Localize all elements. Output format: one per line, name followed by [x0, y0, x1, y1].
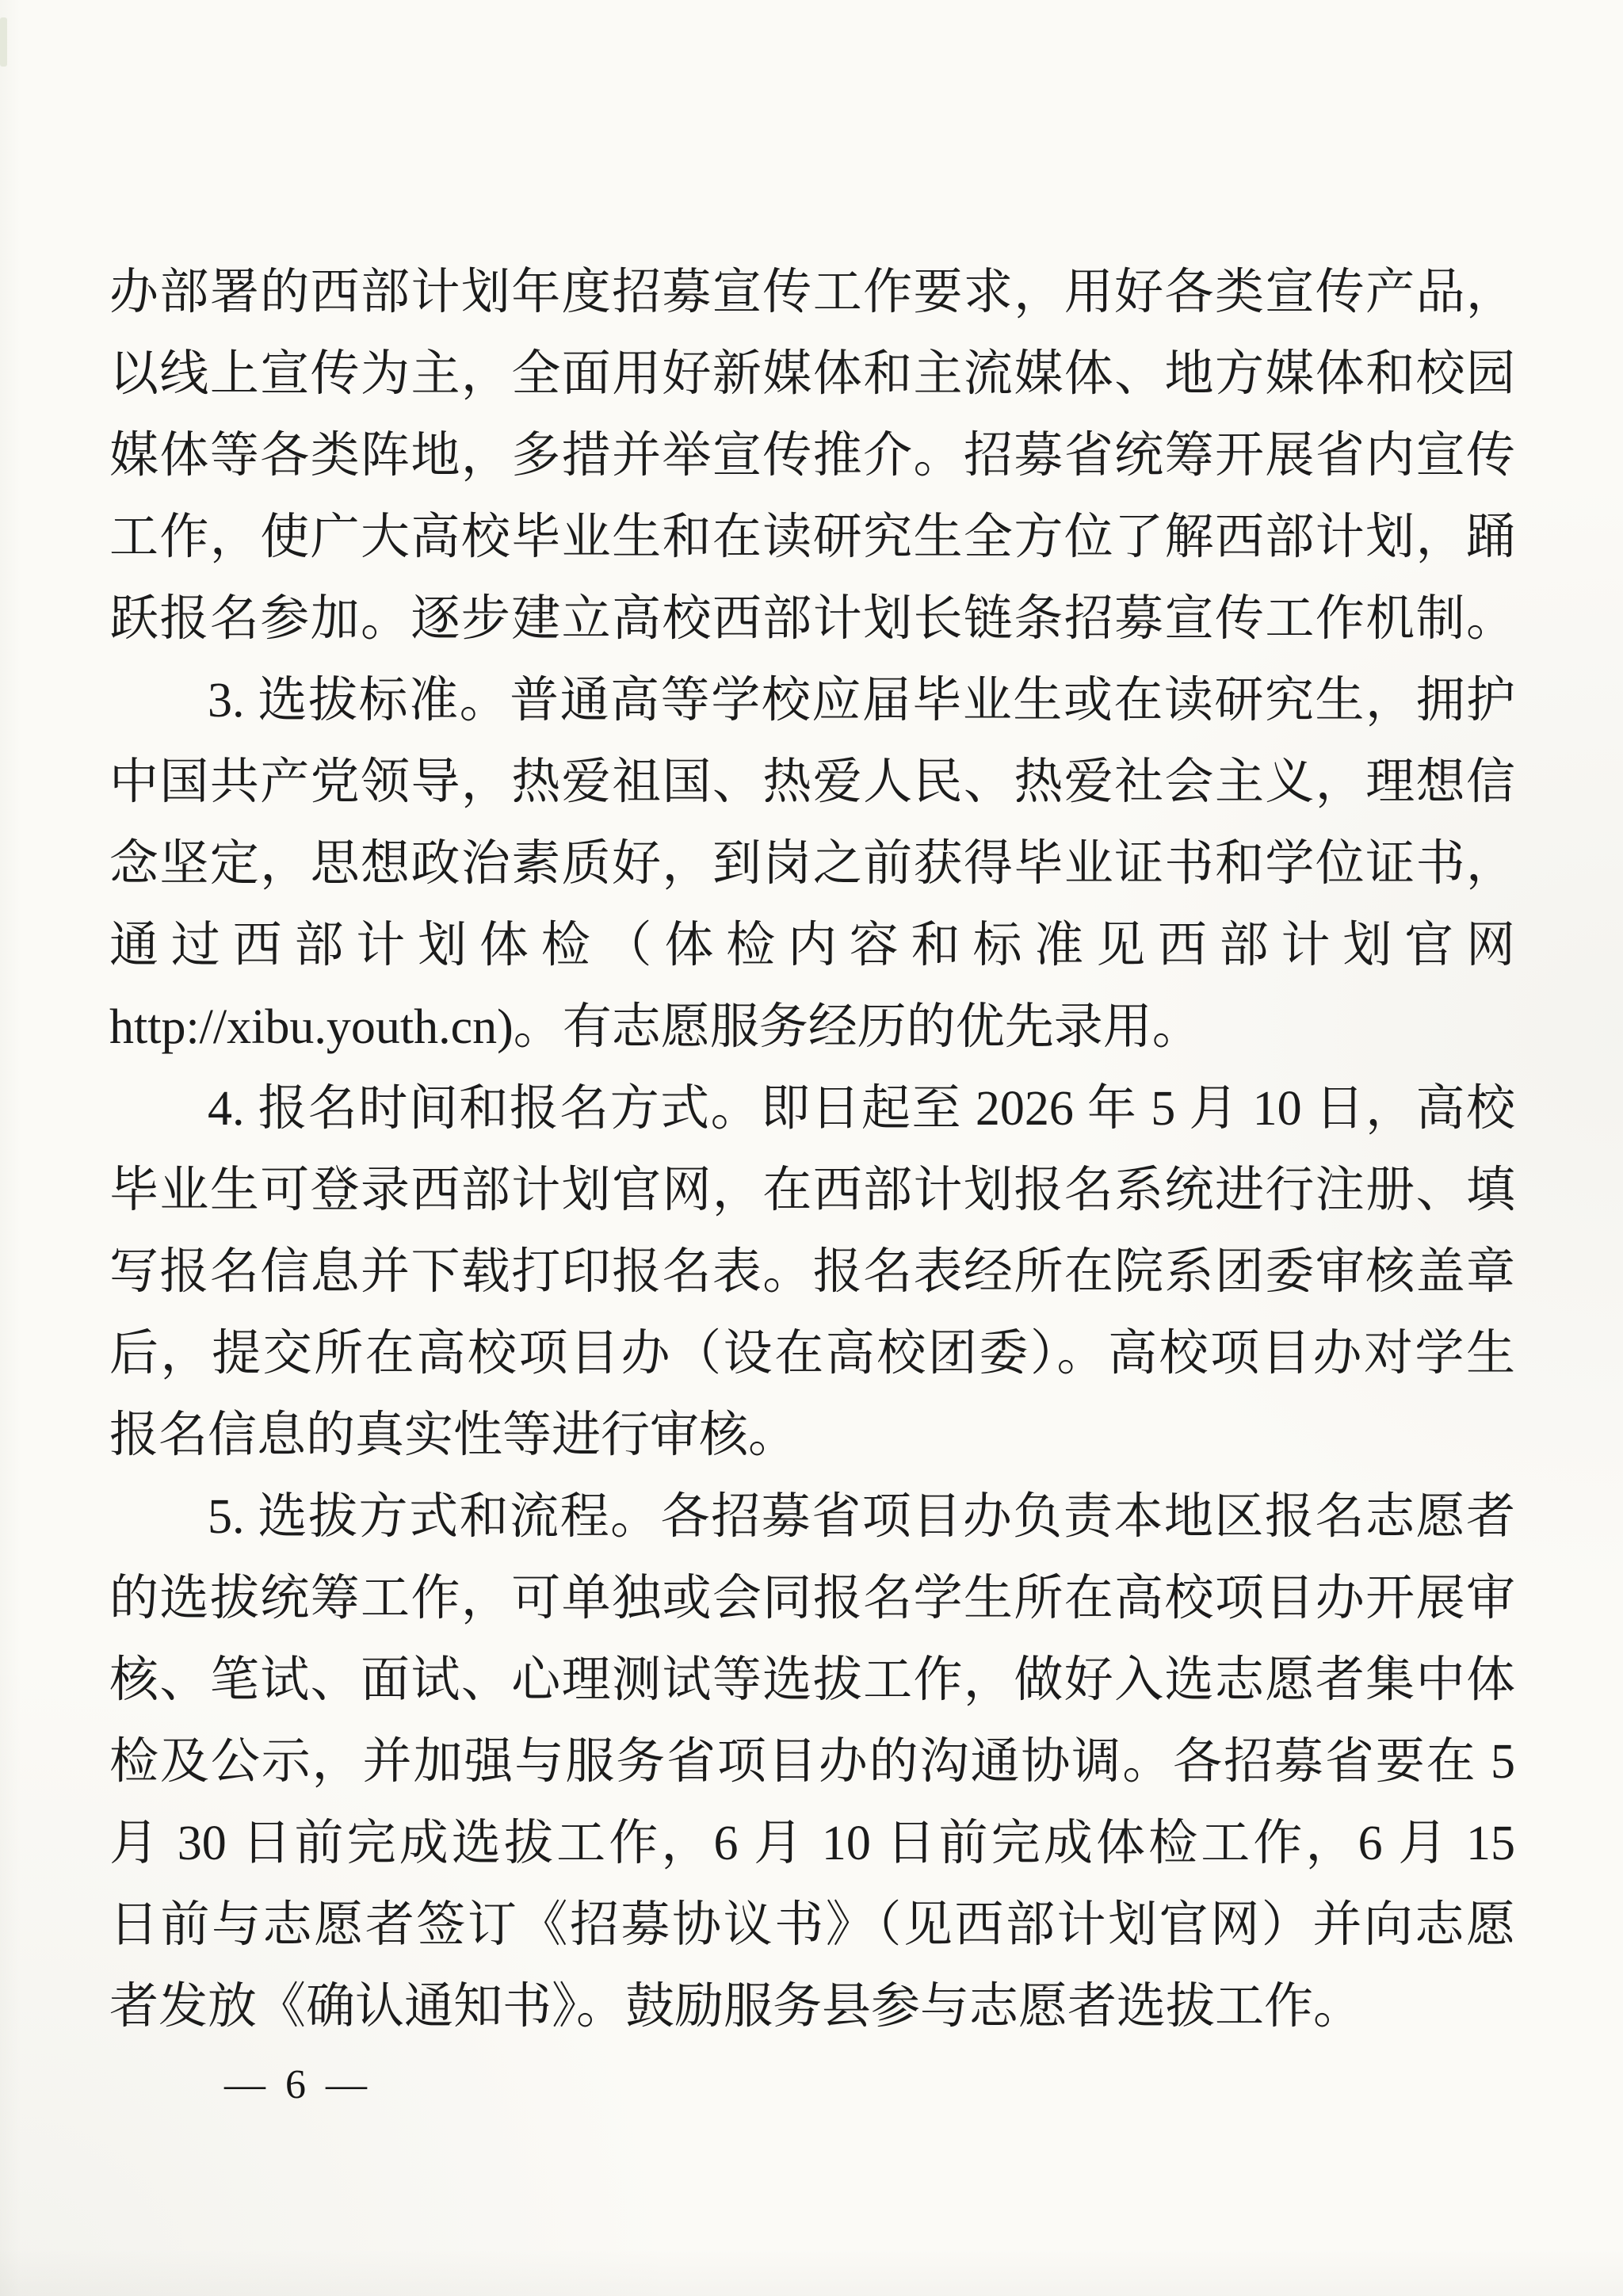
text-line: http://xibu.youth.cn)。有志愿服务经历的优先录用。	[109, 987, 1515, 1068]
text-line: 月 30 日前完成选拔工作，6 月 10 日前完成体检工作，6 月 15	[109, 1803, 1515, 1885]
text-line: 3. 选拔标准。普通高等学校应届毕业生或在读研究生，拥护	[109, 660, 1515, 742]
text-line: 后，提交所在高校项目办（设在高校团委）。高校项目办对学生	[109, 1313, 1515, 1395]
text-line: 的选拔统筹工作，可单独或会同报名学生所在高校项目办开展审	[109, 1558, 1515, 1640]
text-line: 念坚定，思想政治素质好，到岗之前获得毕业证书和学位证书，	[109, 823, 1515, 905]
text-line: 日前与志愿者签订《招募协议书》（见西部计划官网）并向志愿	[109, 1885, 1515, 1966]
text-line: 媒体等各类阵地，多措并举宣传推介。招募省统筹开展省内宣传	[109, 415, 1515, 497]
text-line: 4. 报名时间和报名方式。即日起至 2026 年 5 月 10 日，高校	[109, 1068, 1515, 1150]
text-line: 写报名信息并下载打印报名表。报名表经所在院系团委审核盖章	[109, 1232, 1515, 1313]
text-line: 检及公示，并加强与服务省项目办的沟通协调。各招募省要在 5	[109, 1721, 1515, 1803]
text-block: 办部署的西部计划年度招募宣传工作要求，用好各类宣传产品，以线上宣传为主，全面用好…	[109, 252, 1515, 2048]
text-line: 通过西部计划体检（体检内容和标准见西部计划官网	[109, 905, 1515, 987]
page-number: — 6 —	[224, 2057, 372, 2113]
text-line: 者发放《确认通知书》。鼓励服务县参与志愿者选拔工作。	[109, 1966, 1515, 2048]
text-line: 报名信息的真实性等进行审核。	[109, 1395, 1515, 1477]
text-line: 中国共产党领导，热爱祖国、热爱人民、热爱社会主义，理想信	[109, 742, 1515, 823]
text-line: 5. 选拔方式和流程。各招募省项目办负责本地区报名志愿者	[109, 1477, 1515, 1558]
text-line: 工作，使广大高校毕业生和在读研究生全方位了解西部计划，踊	[109, 497, 1515, 579]
text-line: 以线上宣传为主，全面用好新媒体和主流媒体、地方媒体和校园	[109, 334, 1515, 415]
scan-artifact-top-left	[0, 17, 7, 67]
text-line: 办部署的西部计划年度招募宣传工作要求，用好各类宣传产品，	[109, 252, 1515, 334]
text-line: 跃报名参加。逐步建立高校西部计划长链条招募宣传工作机制。	[109, 579, 1515, 660]
scanned-document-page: 办部署的西部计划年度招募宣传工作要求，用好各类宣传产品，以线上宣传为主，全面用好…	[0, 0, 1623, 2296]
text-line: 毕业生可登录西部计划官网，在西部计划报名系统进行注册、填	[109, 1150, 1515, 1232]
text-line: 核、笔试、面试、心理测试等选拔工作，做好入选志愿者集中体	[109, 1640, 1515, 1721]
